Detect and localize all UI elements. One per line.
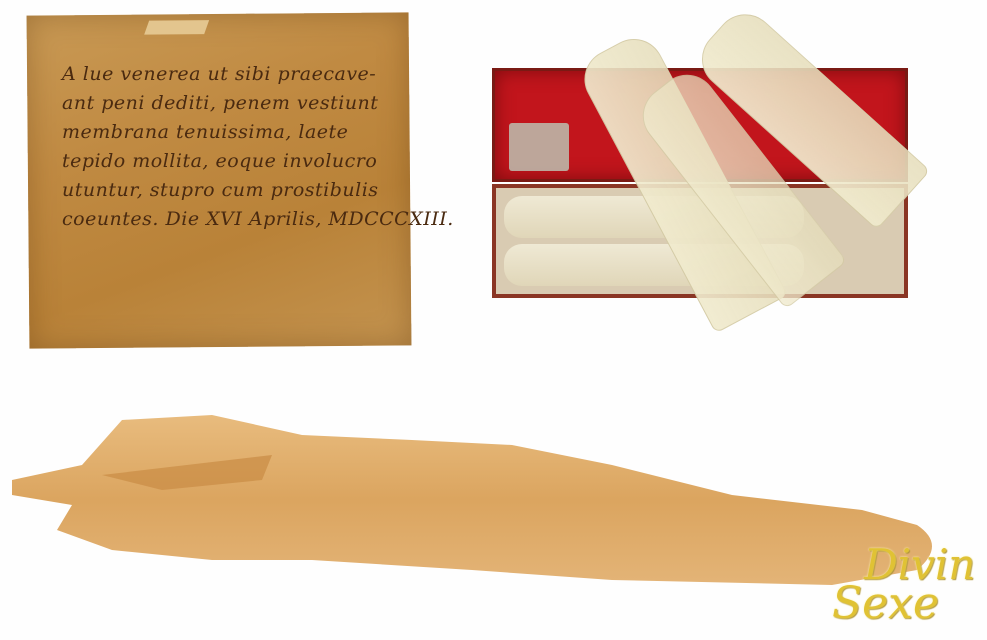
watermark-logo: Divin Sexe — [826, 540, 976, 635]
inscription-line: coeuntes. Die XVI Aprilis, MDCCCXIII. — [62, 205, 402, 234]
inscription-line: A lue venerea ut sibi praecave- — [62, 60, 402, 89]
inscription-line: utuntur, stupro cum prostibulis — [62, 176, 402, 205]
watermark-line2: Sexe — [832, 578, 939, 629]
envelope-flap — [144, 20, 209, 35]
inscription-line: tepido mollita, eoque involucro — [62, 147, 402, 176]
photograph: A lue venerea ut sibi praecave- ant peni… — [0, 0, 987, 640]
inscription-line: membrana tenuissima, laete — [62, 118, 402, 147]
long-membrane-condom — [12, 410, 942, 585]
latin-inscription: A lue venerea ut sibi praecave- ant peni… — [62, 60, 402, 234]
inscription-line: ant peni dediti, penem vestiunt — [62, 89, 402, 118]
condom-shape — [12, 410, 942, 585]
box-label — [509, 123, 569, 171]
